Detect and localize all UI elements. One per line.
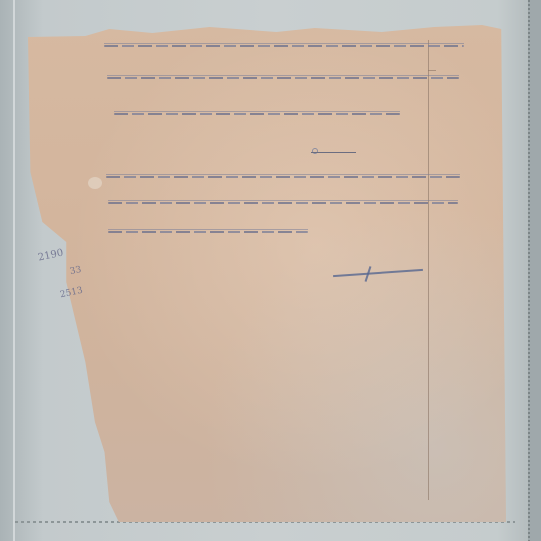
handwritten-line: [illegible handwritten Devanagari line 4… — [106, 173, 460, 183]
sleeve-perforation — [528, 0, 530, 541]
paper-stain — [88, 177, 102, 189]
fold-crease-jog — [428, 70, 436, 71]
handwritten-line: [illegible handwritten Devanagari line 2… — [107, 74, 459, 84]
handwritten-line: [illegible handwritten Devanagari line 5… — [108, 199, 458, 209]
handwritten-line: [illegible handwritten Devanagari line 1… — [104, 42, 464, 52]
handwritten-line: [illegible handwritten Devanagari line 3… — [114, 110, 400, 120]
separator-mark: — — [311, 152, 356, 153]
signature: [illegible signature] — [333, 262, 428, 286]
sleeve-seam — [13, 0, 15, 541]
handwritten-line: [illegible handwritten Devanagari line 6… — [108, 228, 308, 238]
fold-crease — [428, 40, 429, 500]
